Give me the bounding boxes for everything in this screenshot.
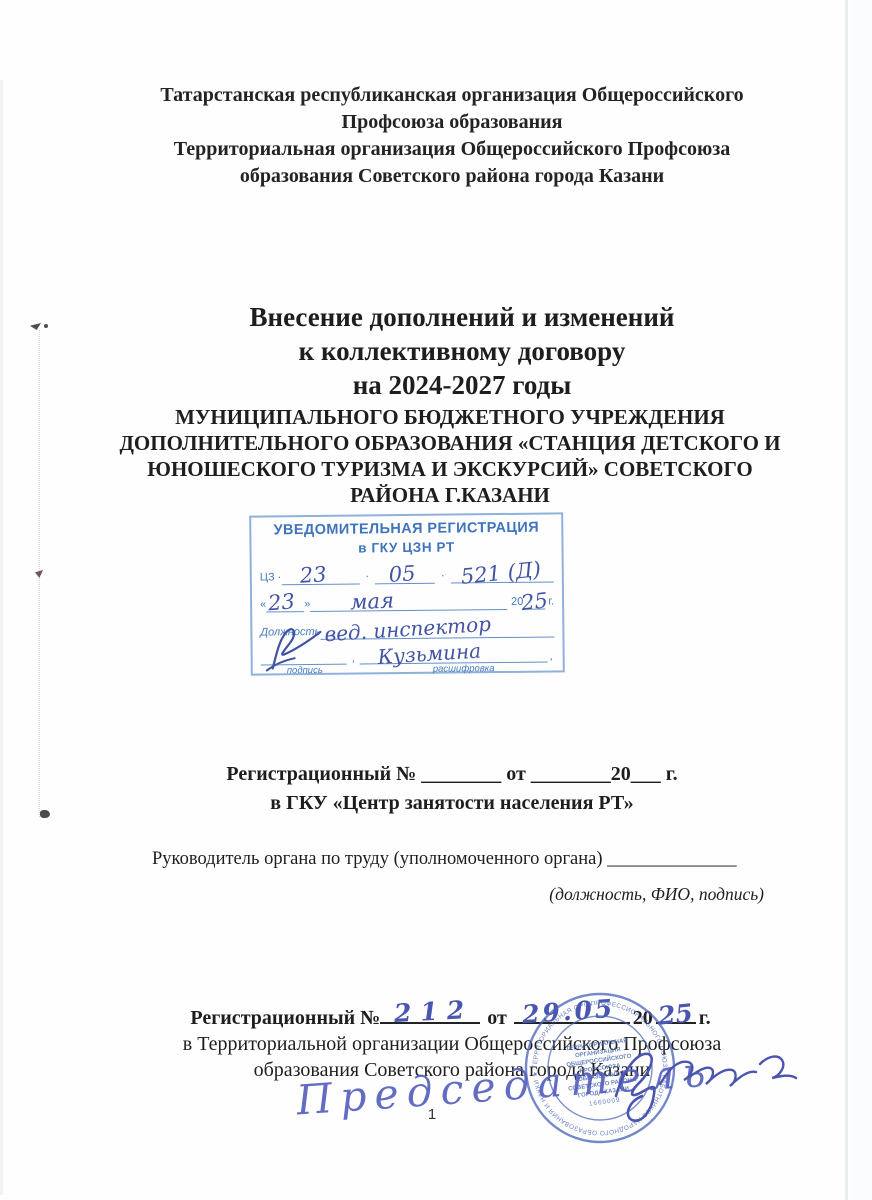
handwritten-month: мая xyxy=(350,588,395,614)
signature-caption: подпись xyxy=(287,665,323,676)
letterhead: Татарстанская республиканская организаци… xyxy=(62,82,842,190)
organization-name: МУНИЦИПАЛЬНОГО БЮДЖЕТНОГО УЧРЕЖДЕНИЯ ДОП… xyxy=(60,404,840,508)
letterhead-line: образования Советского района города Каз… xyxy=(62,163,842,190)
signature-hint: (должность, ФИО, подпись) xyxy=(400,884,764,905)
stamp-month-field: мая xyxy=(310,585,507,612)
title-line: Внесение дополнений и изменений xyxy=(72,300,852,334)
chairman-signature-scribble xyxy=(598,1038,808,1138)
stamp-separator: · xyxy=(359,570,375,584)
labor-authority-line: Руководитель органа по труду (уполномоче… xyxy=(152,849,737,870)
scanned-page: Татарстанская республиканская организаци… xyxy=(0,0,872,1200)
document-title: Внесение дополнений и изменений к коллек… xyxy=(72,300,852,402)
stamp-comma: , xyxy=(347,652,360,664)
letterhead-line: Территориальная организация Общероссийск… xyxy=(62,136,842,163)
organization-line: ЮНОШЕСКОГО ТУРИЗМА И ЭКСКУРСИЙ» СОВЕТСКО… xyxy=(60,456,840,482)
handwritten-number-2: 05 xyxy=(388,561,416,587)
name-caption: расшифровка xyxy=(433,663,495,675)
handwritten-day: 23 xyxy=(267,589,296,615)
stamp-number-field-3: 521 (Д) xyxy=(450,557,553,583)
stamp-subtitle: в ГКУ ЦЗН РТ xyxy=(251,538,561,556)
stamp-signature-row: , Кузьмина , xyxy=(260,636,554,665)
stamp-number-field-2: 05 xyxy=(375,559,435,585)
page-edge-shadow-left xyxy=(0,80,3,1195)
stamp-comma: , xyxy=(548,650,555,662)
czn-registration-line: в ГКУ «Центр занятости населения РТ» xyxy=(56,789,848,818)
letterhead-line: Татарстанская республиканская организаци… xyxy=(62,82,842,109)
margin-mark xyxy=(44,324,48,328)
stamp-signature-field xyxy=(260,638,346,666)
stamp-number-field-1: 23 xyxy=(281,559,359,585)
stamp-number-row: ЦЗ · 23 · 05 · 521 (Д) xyxy=(260,558,554,585)
stamp-code-label: ЦЗ · xyxy=(260,571,282,585)
stamp-name-field: Кузьмина xyxy=(360,636,548,665)
stamp-separator: · xyxy=(435,570,451,584)
union-from-label: от xyxy=(487,1007,507,1030)
title-line: к коллективному договору xyxy=(72,334,852,368)
stamp-day-field: 23 xyxy=(266,587,304,612)
handwritten-number-1: 23 xyxy=(299,562,327,588)
organization-line: МУНИЦИПАЛЬНОГО БЮДЖЕТНОГО УЧРЕЖДЕНИЯ xyxy=(60,404,840,430)
title-line: на 2024-2027 годы xyxy=(72,368,852,402)
czn-registration-block: Регистрационный № ________ от ________20… xyxy=(56,760,848,818)
union-registration-line: Регистрационный № 212 от 29.05 20 25 г. xyxy=(56,1002,848,1030)
margin-mark xyxy=(35,570,43,578)
union-registration-label: Регистрационный № xyxy=(190,1007,380,1030)
scanner-background-right xyxy=(852,0,872,1200)
organization-line: ДОПОЛНИТЕЛЬНОГО ОБРАЗОВАНИЯ «СТАНЦИЯ ДЕТ… xyxy=(60,430,840,456)
handwritten-reg-number: 212 xyxy=(394,995,475,1028)
union-year-suffix: г. xyxy=(699,1007,711,1030)
organization-line: РАЙОНА Г.КАЗАНИ xyxy=(60,482,840,508)
union-number-field: 212 xyxy=(380,1002,480,1024)
czn-registration-line: Регистрационный № ________ от ________20… xyxy=(56,760,848,789)
stamp-year-field: 25 xyxy=(523,585,545,610)
stamp-title: УВЕДОМИТЕЛЬНАЯ РЕГИСТРАЦИЯ xyxy=(251,519,561,538)
margin-mark xyxy=(30,323,41,330)
margin-mark xyxy=(40,810,50,818)
notification-registration-stamp: УВЕДОМИТЕЛЬНАЯ РЕГИСТРАЦИЯ в ГКУ ЦЗН РТ … xyxy=(249,512,565,675)
stamp-date-row: « 23 » мая 20 25 г. xyxy=(260,585,554,612)
stamp-caption-row: подпись расшифровка xyxy=(261,662,555,676)
letterhead-line: Профсоюза образования xyxy=(62,109,842,136)
